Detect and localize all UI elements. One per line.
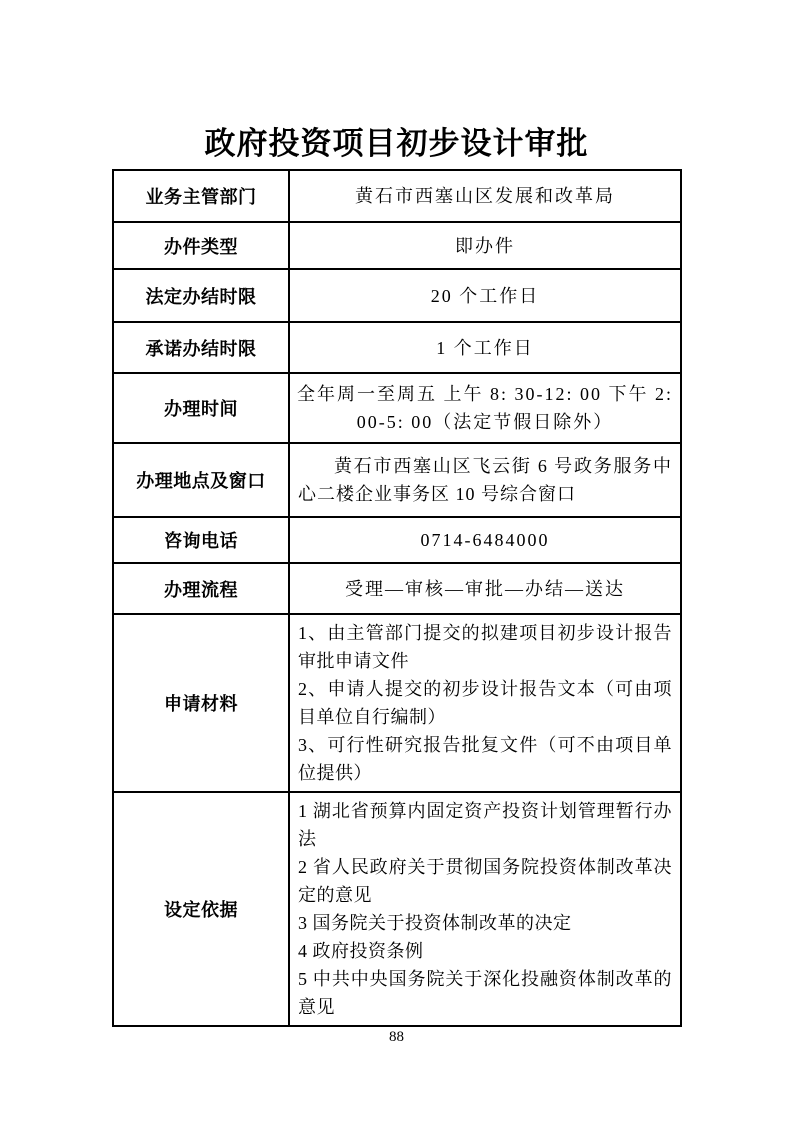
value-line: 3、可行性研究报告批复文件（可不由项目单位提供） (298, 731, 672, 787)
table-row: 承诺办结时限 1 个工作日 (113, 322, 681, 373)
row-label: 设定依据 (113, 792, 289, 1026)
row-label: 办理流程 (113, 563, 289, 614)
value-line: 2、申请人提交的初步设计报告文本（可由项目单位自行编制） (298, 675, 672, 731)
row-label: 业务主管部门 (113, 170, 289, 222)
row-value: 黄石市西塞山区飞云街 6 号政务服务中心二楼企业事务区 10 号综合窗口 (289, 443, 681, 517)
row-label: 法定办结时限 (113, 269, 289, 322)
value-line: 1 湖北省预算内固定资产投资计划管理暂行办法 (298, 797, 672, 853)
row-value: 1 湖北省预算内固定资产投资计划管理暂行办法 2 省人民政府关于贯彻国务院投资体… (289, 792, 681, 1026)
row-value: 全年周一至周五 上午 8: 30-12: 00 下午 2: 00-5: 00（法… (289, 373, 681, 443)
document-page: 政府投资项目初步设计审批 业务主管部门 黄石市西塞山区发展和改革局 办件类型 即… (0, 0, 793, 1122)
table-row: 办理流程 受理—审核—审批—办结—送达 (113, 563, 681, 614)
page-number: 88 (0, 1029, 793, 1046)
row-value: 受理—审核—审批—办结—送达 (289, 563, 681, 614)
value-line: 4 政府投资条例 (298, 937, 672, 965)
value-line: 2 省人民政府关于贯彻国务院投资体制改革决定的意见 (298, 853, 672, 909)
row-label: 承诺办结时限 (113, 322, 289, 373)
row-label: 申请材料 (113, 614, 289, 792)
row-value: 20 个工作日 (289, 269, 681, 322)
document-title: 政府投资项目初步设计审批 (0, 126, 793, 162)
row-value: 黄石市西塞山区发展和改革局 (289, 170, 681, 222)
service-info-table: 业务主管部门 黄石市西塞山区发展和改革局 办件类型 即办件 法定办结时限 20 … (112, 169, 682, 1027)
row-label: 办件类型 (113, 222, 289, 269)
row-label: 办理地点及窗口 (113, 443, 289, 517)
row-label: 咨询电话 (113, 517, 289, 563)
row-value: 0714-6484000 (289, 517, 681, 563)
row-value: 即办件 (289, 222, 681, 269)
table-row: 办理地点及窗口 黄石市西塞山区飞云街 6 号政务服务中心二楼企业事务区 10 号… (113, 443, 681, 517)
table-row: 法定办结时限 20 个工作日 (113, 269, 681, 322)
row-value: 1 个工作日 (289, 322, 681, 373)
value-line: 3 国务院关于投资体制改革的决定 (298, 909, 672, 937)
table-row: 办件类型 即办件 (113, 222, 681, 269)
row-value: 1、由主管部门提交的拟建项目初步设计报告审批申请文件 2、申请人提交的初步设计报… (289, 614, 681, 792)
row-label: 办理时间 (113, 373, 289, 443)
table-row: 咨询电话 0714-6484000 (113, 517, 681, 563)
value-line: 1、由主管部门提交的拟建项目初步设计报告审批申请文件 (298, 619, 672, 675)
table-row: 申请材料 1、由主管部门提交的拟建项目初步设计报告审批申请文件 2、申请人提交的… (113, 614, 681, 792)
value-line: 5 中共中央国务院关于深化投融资体制改革的意见 (298, 965, 672, 1021)
table-row: 办理时间 全年周一至周五 上午 8: 30-12: 00 下午 2: 00-5:… (113, 373, 681, 443)
table-row: 业务主管部门 黄石市西塞山区发展和改革局 (113, 170, 681, 222)
table-row: 设定依据 1 湖北省预算内固定资产投资计划管理暂行办法 2 省人民政府关于贯彻国… (113, 792, 681, 1026)
